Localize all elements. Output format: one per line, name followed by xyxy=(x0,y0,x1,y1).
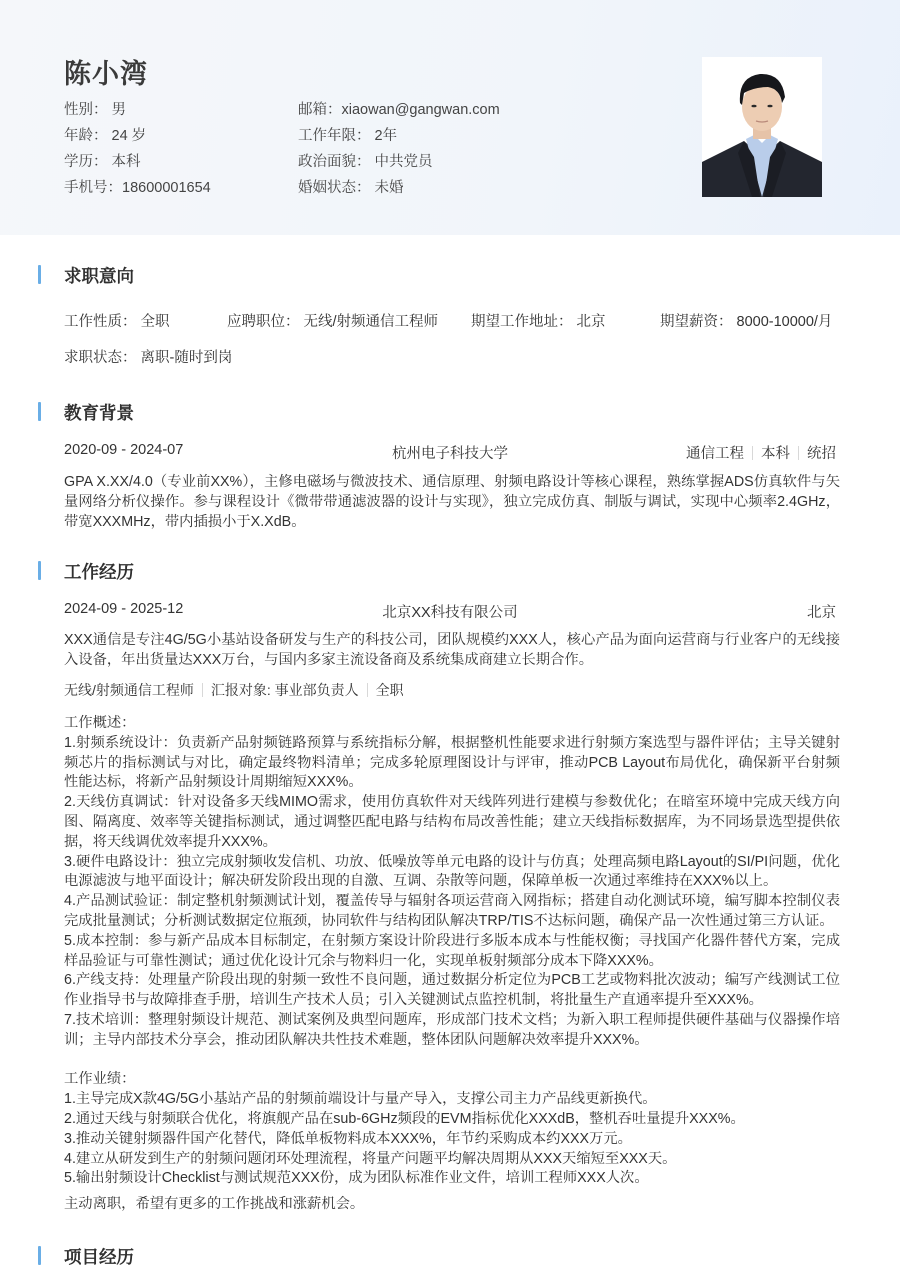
divider xyxy=(752,446,753,460)
info-gender: 性别：男 xyxy=(64,98,211,124)
education-tags: 通信工程本科统招 xyxy=(686,442,836,463)
work-tags: 无线/射频通信工程师汇报对象: 事业部负责人全职 xyxy=(64,680,404,700)
intent-value: 离职-随时到岗 xyxy=(141,350,233,366)
info-education: 学历：本科 xyxy=(64,150,211,176)
info-email: 邮箱：xiaowan@gangwan.com xyxy=(298,98,500,124)
info-value: 24 岁 xyxy=(112,128,147,144)
education-degree: 本科 xyxy=(761,446,790,462)
intent-value: 8000-10000/月 xyxy=(737,314,833,330)
info-label: 手机号： xyxy=(64,180,122,196)
overview-item: 6.产线支持：处理量产阶段出现的射频一致性不良问题，通过数据分析定位为PCB工艺… xyxy=(64,971,840,1011)
info-value: 中共党员 xyxy=(375,154,433,170)
divider xyxy=(367,683,368,697)
info-phone: 手机号：18600001654 xyxy=(64,176,211,202)
achievement-item: 4.建立从研发到生产的射频问题闭环处理流程，将量产问题平均解决周期从XXX天缩短… xyxy=(64,1150,840,1170)
overview-title: 工作概述： xyxy=(64,714,840,734)
section-accent-bar xyxy=(38,1246,41,1265)
overview-item: 5.成本控制：参与新产品成本目标制定，在射频方案设计阶段进行多版本成本与性能权衡… xyxy=(64,932,840,972)
info-label: 年龄： xyxy=(64,128,108,144)
intent-location: 期望工作地址：北京 xyxy=(471,310,606,331)
basic-info-right: 邮箱：xiaowan@gangwan.com 工作年限：2年 政治面貌：中共党员… xyxy=(298,98,500,202)
info-label: 性别： xyxy=(64,102,108,118)
education-description: GPA X.XX/4.0（专业前XX%），主修电磁场与微波技术、通信原理、射频电… xyxy=(64,473,840,532)
info-value: 2年 xyxy=(375,128,398,144)
education-enrollment: 统招 xyxy=(807,446,836,462)
info-political: 政治面貌：中共党员 xyxy=(298,150,500,176)
info-label: 学历： xyxy=(64,154,108,170)
intent-work-type: 工作性质：全职 xyxy=(64,310,170,331)
intent-position: 应聘职位：无线/射频通信工程师 xyxy=(227,310,438,331)
intent-value: 北京 xyxy=(577,314,606,330)
intent-label: 应聘职位： xyxy=(227,314,300,330)
intent-label: 期望薪资： xyxy=(660,314,733,330)
intent-salary: 期望薪资：8000-10000/月 xyxy=(660,310,832,331)
section-title: 求职意向 xyxy=(64,263,134,288)
overview-item: 7.技术培训：整理射频设计规范、测试案例及典型问题库，形成部门技术文档；为新入职… xyxy=(64,1011,840,1051)
work-type: 全职 xyxy=(376,682,404,698)
leave-reason: 主动离职，希望有更多的工作挑战和涨薪机会。 xyxy=(64,1195,840,1215)
achievement-item: 2.通过天线与射频联合优化，将旗舰产品在sub-6GHz频段的EVM指标优化XX… xyxy=(64,1110,840,1130)
intent-label: 求职状态： xyxy=(64,350,137,366)
profile-photo xyxy=(702,57,822,197)
section-title: 教育背景 xyxy=(64,400,134,425)
section-title: 项目经历 xyxy=(64,1244,134,1269)
basic-info-left: 性别：男 年龄：24 岁 学历：本科 手机号：18600001654 xyxy=(64,98,211,202)
achievement-item: 1.主导完成X款4G/5G小基站产品的射频前端设计与量产导入，支撑公司主力产品线… xyxy=(64,1090,840,1110)
overview-item: 2.天线仿真调试：针对设备多天线MIMO需求，使用仿真软件对天线阵列进行建模与参… xyxy=(64,793,840,852)
work-overview: 工作概述： 1.射频系统设计：负责新产品射频链路预算与系统指标分解，根据整机性能… xyxy=(64,714,840,1215)
work-report-to: 汇报对象: 事业部负责人 xyxy=(211,682,359,698)
work-title: 无线/射频通信工程师 xyxy=(64,682,194,698)
section-title: 工作经历 xyxy=(64,559,134,584)
info-label: 政治面貌： xyxy=(298,154,371,170)
education-major: 通信工程 xyxy=(686,446,744,462)
info-label: 邮箱： xyxy=(298,102,342,118)
work-city: 北京 xyxy=(807,601,836,622)
section-accent-bar xyxy=(38,561,41,580)
intent-label: 工作性质： xyxy=(64,314,137,330)
info-value: 男 xyxy=(112,102,127,118)
info-age: 年龄：24 岁 xyxy=(64,124,211,150)
overview-item: 1.射频系统设计：负责新产品射频链路预算与系统指标分解，根据整机性能要求进行射频… xyxy=(64,734,840,793)
info-value: xiaowan@gangwan.com xyxy=(342,102,500,118)
info-label: 工作年限： xyxy=(298,128,371,144)
company-description: XXX通信是专注4G/5G小基站设备研发与生产的科技公司，团队规模约XXX人，核… xyxy=(64,631,840,671)
resume-header: 陈小湾 性别：男 年龄：24 岁 学历：本科 手机号：18600001654 邮… xyxy=(0,0,900,235)
intent-value: 无线/射频通信工程师 xyxy=(304,314,439,330)
section-accent-bar xyxy=(38,265,41,284)
achievements-title: 工作业绩： xyxy=(64,1070,840,1090)
intent-status: 求职状态：离职-随时到岗 xyxy=(64,346,232,367)
divider xyxy=(798,446,799,460)
info-value: 未婚 xyxy=(375,180,404,196)
spacer xyxy=(64,1051,840,1071)
achievement-item: 3.推动关键射频器件国产化替代，降低单板物料成本XXX%，年节约采购成本约XXX… xyxy=(64,1130,840,1150)
overview-item: 3.硬件电路设计：独立完成射频收发信机、功放、低噪放等单元电路的设计与仿真；处理… xyxy=(64,853,840,893)
info-marital: 婚姻状态：未婚 xyxy=(298,176,500,202)
intent-value: 全职 xyxy=(141,314,170,330)
intent-label: 期望工作地址： xyxy=(471,314,573,330)
info-value: 本科 xyxy=(112,154,141,170)
candidate-name: 陈小湾 xyxy=(64,52,148,91)
achievement-item: 5.输出射频设计Checklist与测试规范XXX份，成为团队标准作业文件，培训… xyxy=(64,1169,840,1189)
overview-item: 4.产品测试验证：制定整机射频测试计划，覆盖传导与辐射各项运营商入网指标；搭建自… xyxy=(64,892,840,932)
section-accent-bar xyxy=(38,402,41,421)
portrait-icon xyxy=(702,57,822,197)
info-value: 18600001654 xyxy=(122,180,211,196)
info-work-years: 工作年限：2年 xyxy=(298,124,500,150)
divider xyxy=(202,683,203,697)
work-company: 北京XX科技有限公司 xyxy=(0,601,900,622)
info-label: 婚姻状态： xyxy=(298,180,371,196)
